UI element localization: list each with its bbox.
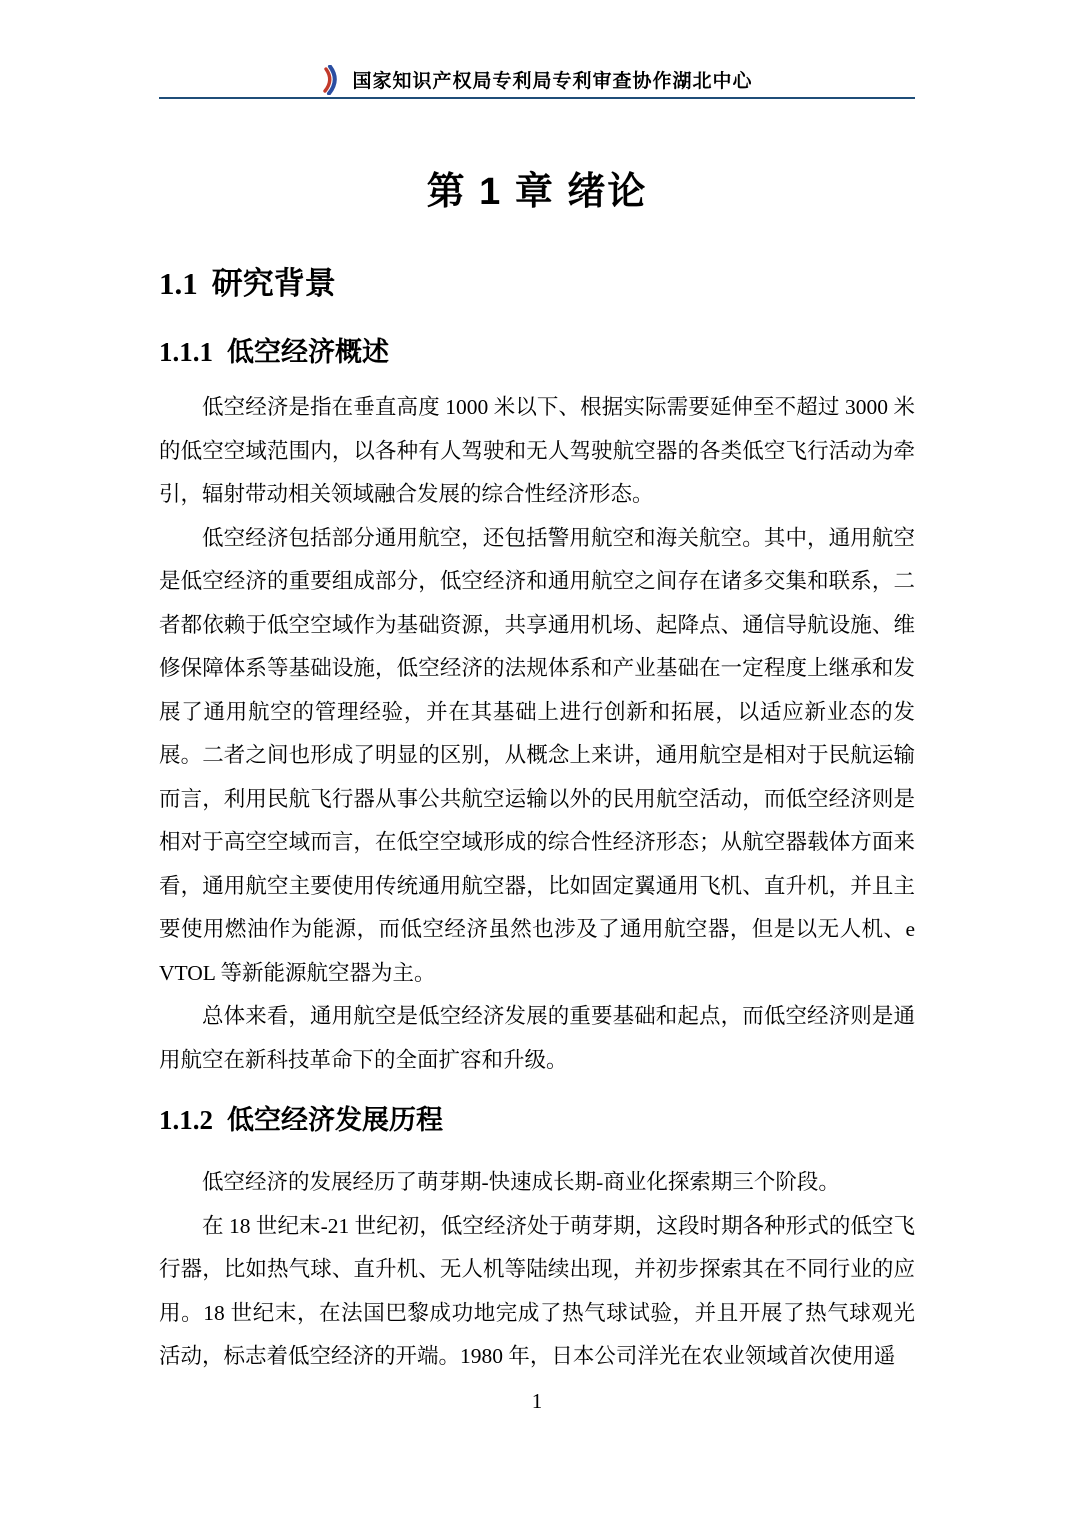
- chapter-title: 第 1 章 绪论: [159, 169, 915, 215]
- header-row: 国家知识产权局专利局专利审查协作湖北中心: [159, 0, 915, 96]
- subsection-number: 1.1.2: [159, 1105, 213, 1135]
- subsection-title: 低空经济发展历程: [227, 1105, 443, 1135]
- paragraph: 总体来看，通用航空是低空经济发展的重要基础和起点，而低空经济则是通用航空在新科技…: [159, 995, 915, 1082]
- page-header: 国家知识产权局专利局专利审查协作湖北中心: [159, 0, 915, 99]
- paragraph: 低空经济是指在垂直高度 1000 米以下、根据实际需要延伸至不超过 3000 米…: [159, 386, 915, 517]
- page-content: 国家知识产权局专利局专利审查协作湖北中心 第 1 章 绪论 1.1研究背景 1.…: [159, 0, 915, 1379]
- paragraph: 低空经济的发展经历了萌芽期-快速成长期-商业化探索期三个阶段。: [159, 1161, 915, 1205]
- section-number: 1.1: [159, 266, 198, 301]
- header-org-name: 国家知识产权局专利局专利审查协作湖北中心: [352, 66, 752, 93]
- org-logo-icon: [321, 65, 341, 95]
- paragraph: 低空经济包括部分通用航空，还包括警用航空和海关航空。其中，通用航空是低空经济的重…: [159, 517, 915, 996]
- page-number: 1: [0, 1388, 1074, 1414]
- paragraph: 在 18 世纪末-21 世纪初，低空经济处于萌芽期，这段时期各种形式的低空飞行器…: [159, 1205, 915, 1379]
- document-page: 国家知识产权局专利局专利审查协作湖北中心 第 1 章 绪论 1.1研究背景 1.…: [0, 0, 1074, 1520]
- subsection-title: 低空经济概述: [227, 337, 389, 367]
- section-heading-1-1: 1.1研究背景: [159, 267, 915, 300]
- subsection-heading-1-1-1: 1.1.1低空经济概述: [159, 337, 915, 367]
- subsection-number: 1.1.1: [159, 337, 213, 367]
- header-rule: [159, 97, 915, 99]
- subsection-heading-1-1-2: 1.1.2低空经济发展历程: [159, 1105, 915, 1135]
- section-title: 研究背景: [212, 266, 336, 301]
